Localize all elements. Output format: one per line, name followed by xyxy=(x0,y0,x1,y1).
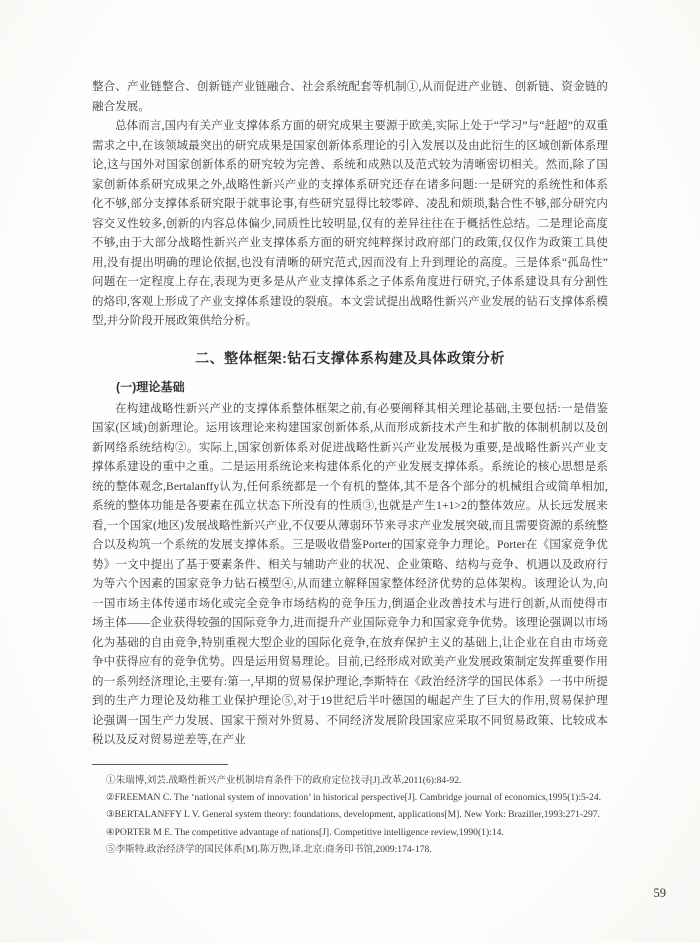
subsection-heading: (一)理论基础 xyxy=(92,378,608,398)
main-text-column: 整合、产业链整合、创新链产业链融合、社会系统配套等机制①,从而促进产业链、创新链… xyxy=(92,78,608,751)
footnote-2: ②FREEMAN C. The ‘national system of inno… xyxy=(92,789,608,806)
footnote-divider xyxy=(92,764,228,765)
footnote-4: ④PORTER M E. The competitive advantage o… xyxy=(92,824,608,841)
section-heading: 二、整体框架:钻石支撑体系构建及具体政策分析 xyxy=(92,349,608,369)
page-number: 59 xyxy=(654,886,667,901)
document-page: 整合、产业链整合、创新链产业链融合、社会系统配套等机制①,从而促进产业链、创新链… xyxy=(0,0,700,943)
footnote-block: ①朱瑞博,刘芸.战略性新兴产业机制培育条件下的政府定位找寻[J].改革,2011… xyxy=(92,764,608,858)
footnote-1: ①朱瑞博,刘芸.战略性新兴产业机制培育条件下的政府定位找寻[J].改革,2011… xyxy=(92,772,608,789)
footnote-5: ⑤李斯特.政治经济学的国民体系[M].陈万煦,译.北京:商务印书馆,2009:1… xyxy=(92,841,608,858)
body-paragraph-continuation: 整合、产业链整合、创新链产业链融合、社会系统配套等机制①,从而促进产业链、创新链… xyxy=(92,78,608,117)
footnote-3: ③BERTALANFFY L V. General system theory:… xyxy=(92,806,608,823)
body-paragraph-theory: 在构建战略性新兴产业的支撑体系整体框架之前,有必要阐释其相关理论基础,主要包括:… xyxy=(92,400,608,751)
body-paragraph-overview: 总体而言,国内有关产业支撑体系方面的研究成果主要源于欧美,实际上处于“学习”与“… xyxy=(92,117,608,332)
